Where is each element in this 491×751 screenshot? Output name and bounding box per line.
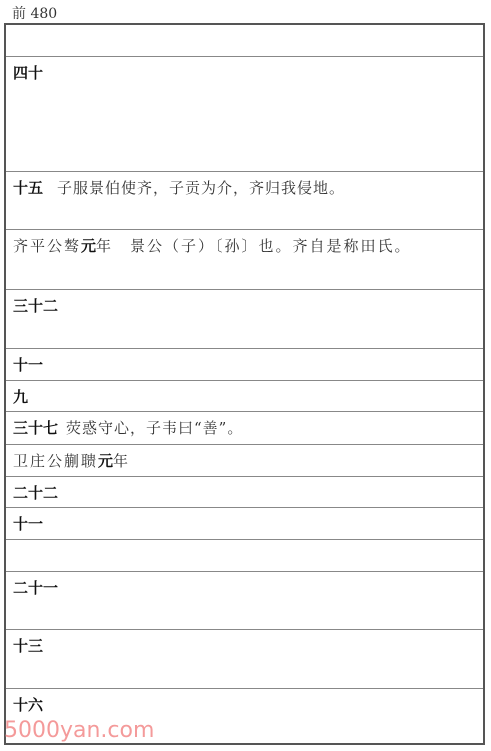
year-suffix: 年: [113, 452, 130, 470]
table-row: 三十二: [6, 290, 483, 349]
table-row: 四十: [6, 57, 483, 172]
table-row: 十五子服景伯使齐，子贡为介，齐归我侵地。: [6, 172, 483, 230]
table-row: 二十一: [6, 572, 483, 630]
table-row: 卫庄公蒯聩元年: [6, 445, 483, 477]
event-text: 子服景伯使齐，子贡为介，齐归我侵地。: [57, 179, 345, 197]
ruler-name: 齐平公骜: [13, 237, 81, 255]
first-year-mark: 元: [81, 237, 96, 255]
year-number: 九: [13, 388, 28, 406]
event-text: 年 景公（子）〔孙〕也。齐自是称田氏。: [96, 237, 412, 255]
event-text: 荧惑守心，子韦曰“善”。: [66, 419, 243, 437]
table-row: [6, 25, 483, 57]
ruler-name: 卫庄公蒯聩: [13, 452, 98, 470]
table-row: 齐平公骜元年 景公（子）〔孙〕也。齐自是称田氏。: [6, 230, 483, 290]
table-row: 二十二: [6, 477, 483, 508]
table-row: [6, 540, 483, 572]
table-row: 十一: [6, 349, 483, 381]
year-number: 十五: [13, 179, 43, 197]
year-number: 二十一: [13, 579, 58, 597]
table-row: 十三: [6, 630, 483, 689]
table-row: 三十七荧惑守心，子韦曰“善”。: [6, 412, 483, 445]
year-number: 四十: [13, 64, 43, 82]
watermark: 5000yan.com: [4, 718, 154, 743]
year-number: 十一: [13, 515, 43, 533]
year-number: 二十二: [13, 484, 58, 502]
year-number: 三十七: [13, 419, 58, 437]
year-number: 三十二: [13, 297, 58, 315]
table-row: 九: [6, 381, 483, 412]
table-row: 十一: [6, 508, 483, 540]
page-label: 前 480: [12, 3, 57, 23]
first-year-mark: 元: [98, 452, 113, 470]
year-number: 十三: [13, 637, 43, 655]
year-number: 十一: [13, 356, 43, 374]
year-number: 十六: [13, 696, 43, 714]
chronology-table: 四十 十五子服景伯使齐，子贡为介，齐归我侵地。 齐平公骜元年 景公（子）〔孙〕也…: [4, 23, 485, 745]
